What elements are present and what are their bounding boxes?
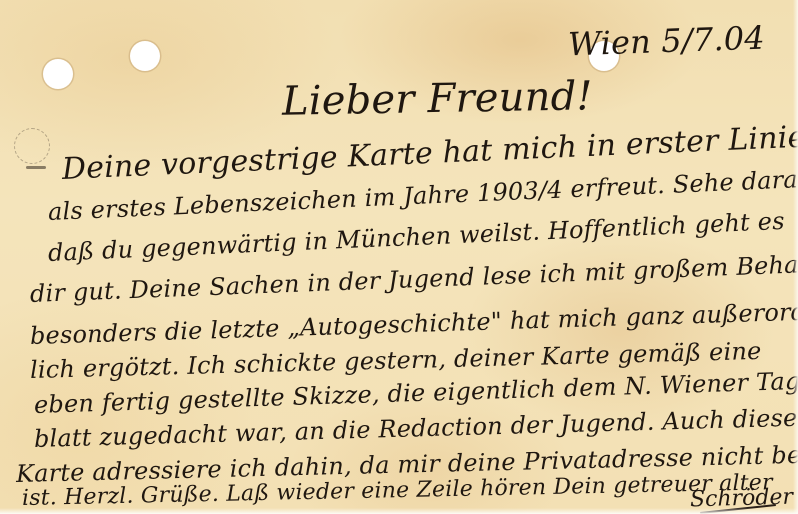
- postmark-mark: [26, 166, 46, 169]
- paper-edge-bottom: [0, 508, 798, 514]
- postmark-smudge: [14, 128, 50, 164]
- punch-hole: [130, 41, 160, 71]
- place-date: Wien 5/7.04: [567, 19, 765, 64]
- punch-hole: [43, 59, 73, 89]
- paper-edge-right: [793, 0, 798, 514]
- salutation: Lieber Freund!: [282, 73, 593, 124]
- postcard: Wien 5/7.04 Lieber Freund! Deine vorgest…: [0, 0, 798, 514]
